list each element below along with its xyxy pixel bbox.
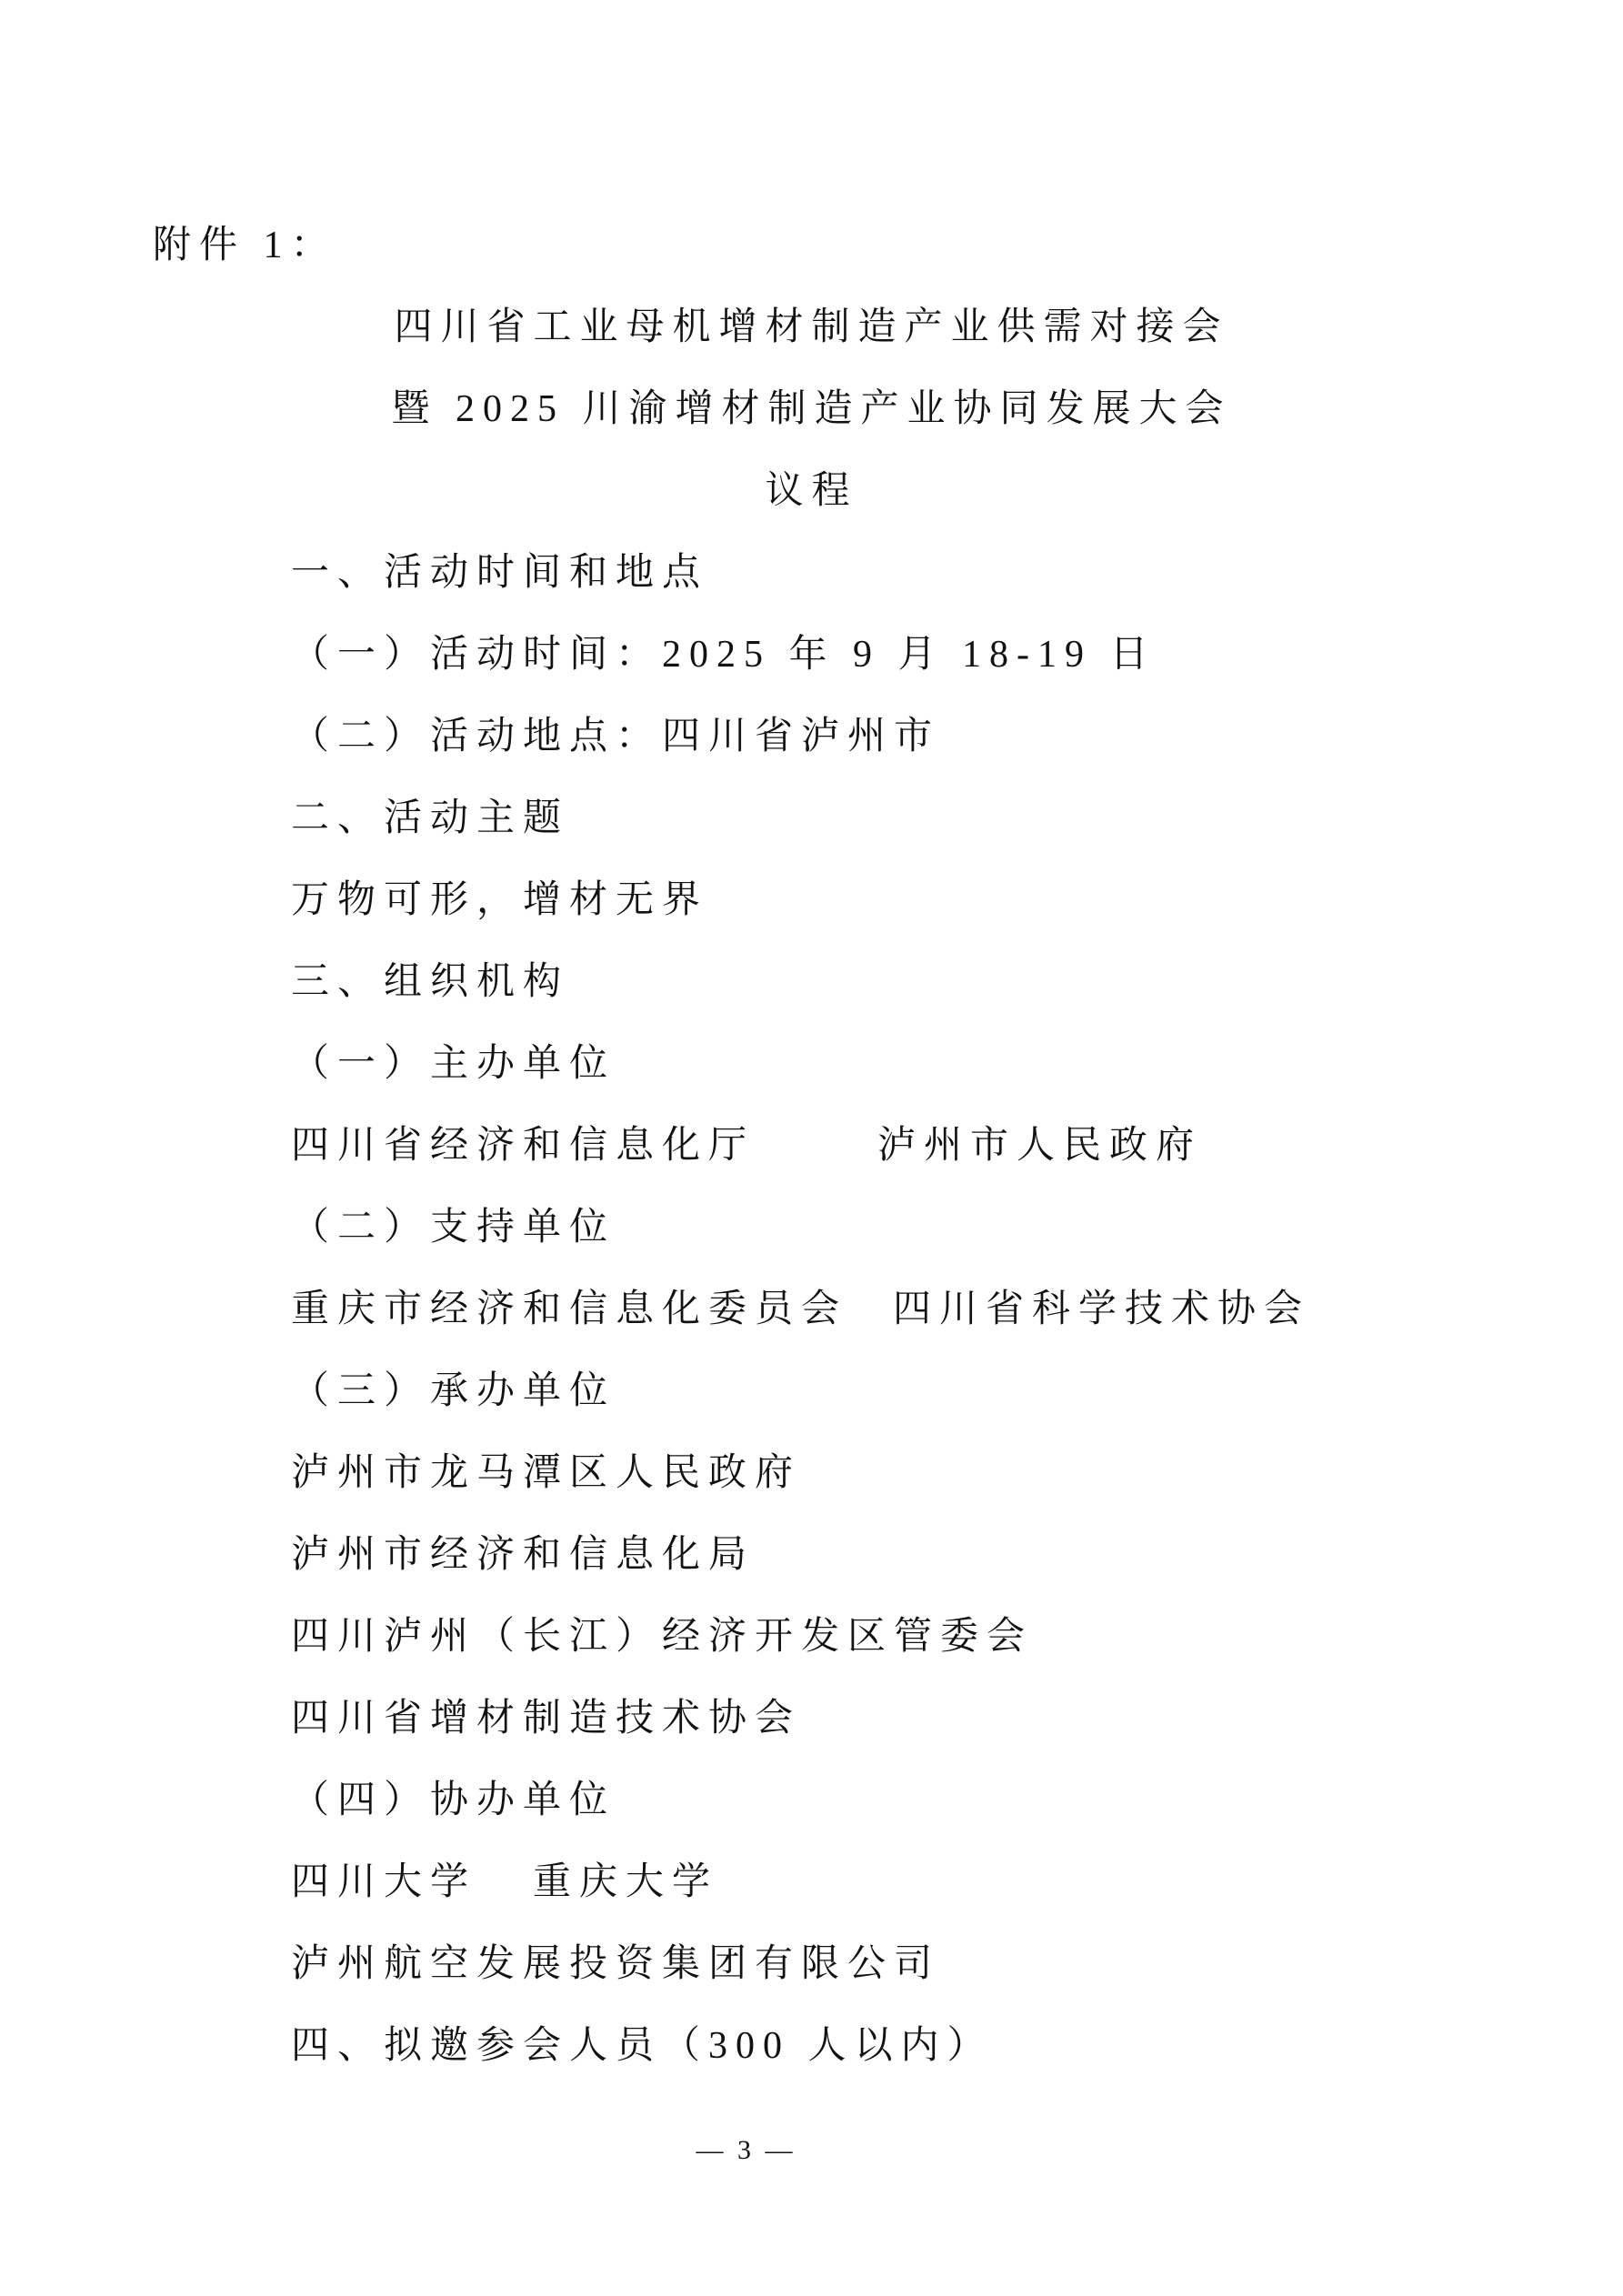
attachment-label: 附件 1： bbox=[0, 205, 1623, 286]
subheading-undertaking-units: （三）承办单位 bbox=[0, 1350, 1623, 1432]
support-unit-2: 四川省科学技术协会 bbox=[893, 1288, 1310, 1330]
line-support-units: 重庆市经济和信息化委员会四川省科学技术协会 bbox=[0, 1268, 1623, 1350]
co-organizer-unit-2: 重庆大学 bbox=[533, 1861, 718, 1903]
heading-activity-theme: 二、活动主题 bbox=[0, 777, 1623, 859]
line-theme-slogan: 万物可形，增材无界 bbox=[0, 859, 1623, 941]
host-unit-1: 四川省经济和信息化厅 bbox=[291, 1125, 755, 1167]
line-undertaking-unit-2: 泸州市经济和信息化局 bbox=[0, 1514, 1623, 1596]
title-line-1: 四川省工业母机增材制造产业供需对接会 bbox=[0, 286, 1623, 368]
title-line-2: 暨 2025 川渝增材制造产业协同发展大会 bbox=[0, 368, 1623, 450]
heading-activity-time-location: 一、活动时间和地点 bbox=[0, 532, 1623, 614]
line-co-organizer-unit-3: 泸州航空发展投资集团有限公司 bbox=[0, 1923, 1623, 2005]
document-page: 附件 1： 四川省工业母机增材制造产业供需对接会 暨 2025 川渝增材制造产业… bbox=[0, 0, 1623, 2296]
line-activity-location: （二）活动地点：四川省泸州市 bbox=[0, 696, 1623, 777]
subheading-host-units: （一）主办单位 bbox=[0, 1023, 1623, 1105]
line-undertaking-unit-1: 泸州市龙马潭区人民政府 bbox=[0, 1432, 1623, 1514]
support-unit-1: 重庆市经济和信息化委员会 bbox=[291, 1288, 847, 1330]
page-number: — 3 — bbox=[696, 2119, 796, 2182]
host-unit-2: 泸州市人民政府 bbox=[877, 1125, 1202, 1167]
subheading-co-organizer-units: （四）协办单位 bbox=[0, 1760, 1623, 1841]
page-footer: — 3 — bbox=[0, 2119, 1623, 2182]
subheading-support-units: （二）支持单位 bbox=[0, 1187, 1623, 1268]
line-undertaking-unit-3: 四川泸州（长江）经济开发区管委会 bbox=[0, 1596, 1623, 1678]
line-activity-time: （一）活动时间：2025 年 9 月 18-19 日 bbox=[0, 614, 1623, 696]
line-undertaking-unit-4: 四川省增材制造技术协会 bbox=[0, 1678, 1623, 1760]
line-host-units: 四川省经济和信息化厅泸州市人民政府 bbox=[0, 1105, 1623, 1187]
heading-organization: 三、组织机构 bbox=[0, 941, 1623, 1023]
document-content: 附件 1： 四川省工业母机增材制造产业供需对接会 暨 2025 川渝增材制造产业… bbox=[0, 205, 1623, 2087]
agenda-heading: 议程 bbox=[0, 450, 1623, 532]
co-organizer-unit-1: 四川大学 bbox=[291, 1861, 476, 1903]
line-co-organizer-units: 四川大学重庆大学 bbox=[0, 1841, 1623, 1923]
heading-invited-participants: 四、拟邀参会人员（300 人以内） bbox=[0, 2005, 1623, 2087]
